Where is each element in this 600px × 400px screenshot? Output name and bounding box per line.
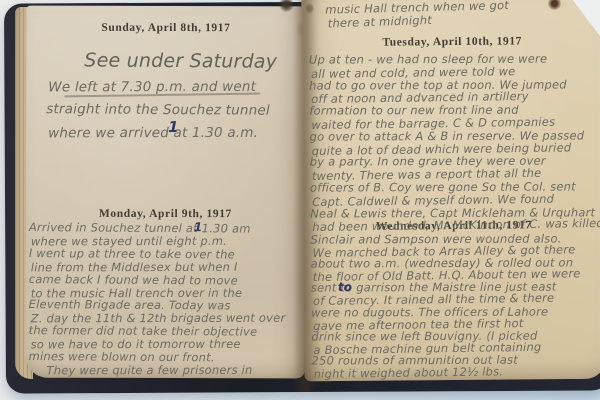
date-header-sunday: Sunday, April 8th, 1917	[26, 22, 305, 35]
entry-wednesday-handwriting: Sinclair and Sampson were wounded also.W…	[310, 232, 600, 380]
right-page: music Hall trench when we gotthere at mi…	[301, 0, 600, 381]
entry-monday-handwriting: Arrived in Souchez tunnel at 1.30 amwher…	[29, 222, 305, 378]
stain-mark	[296, 20, 305, 38]
handwriting-line: night it weighed about 12½ lbs.	[314, 364, 600, 380]
diary-photo: Sunday, April 8th, 1917 See under Saturd…	[0, 0, 600, 400]
page-gutter-shadow	[293, 0, 320, 392]
stain-mark	[305, 3, 314, 14]
ink-overwrite-mark: to	[338, 280, 352, 294]
ink-overwrite-mark: 1	[194, 220, 202, 234]
date-header-monday: Monday, April 9th, 1917	[26, 208, 305, 221]
carryover-handwriting: music Hall trench when we gotthere at mi…	[325, 0, 509, 30]
handwriting-line: They were quite a few prisoners in	[31, 364, 306, 378]
entry-tuesday-handwriting: Up at ten - we had no sleep for we werea…	[309, 52, 600, 234]
date-header-tuesday: Tuesday, April 10th, 1917	[302, 35, 600, 50]
handwriting-line: See under Saturday	[46, 45, 301, 77]
left-page: Sunday, April 8th, 1917 See under Saturd…	[26, 6, 306, 379]
ink-overwrite-mark: 1	[168, 118, 178, 136]
